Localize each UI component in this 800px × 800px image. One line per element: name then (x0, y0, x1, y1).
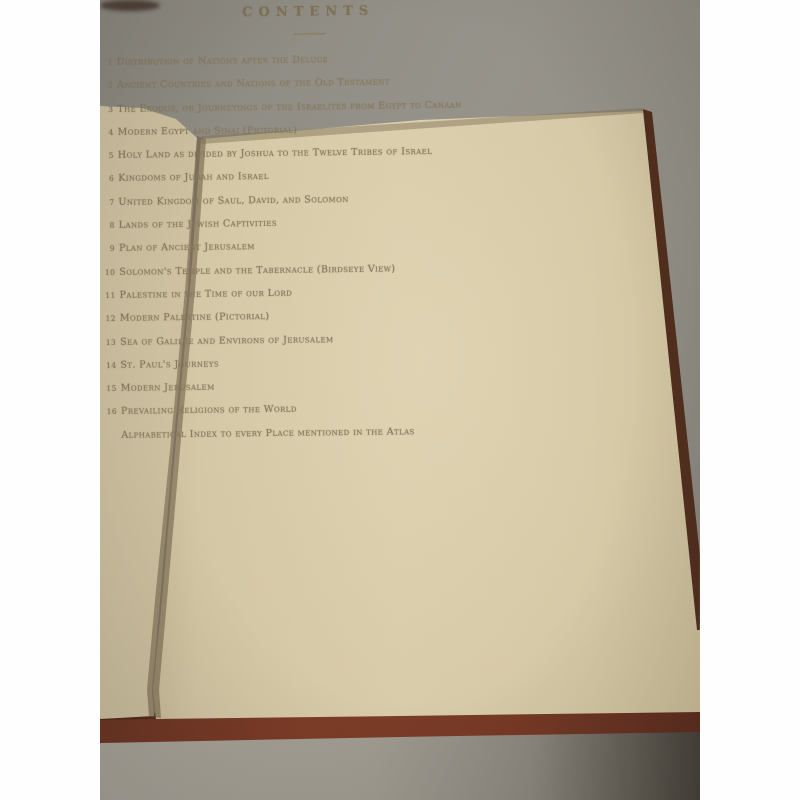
entry-number: 13 (104, 337, 116, 346)
entry-title: Alphabetical Index to every Place mentio… (121, 426, 415, 441)
entry-title: United Kingdom of Saul, David, and Solom… (118, 194, 348, 208)
contents-entry: Alphabetical Index to every Place mentio… (105, 424, 545, 453)
entry-number: 15 (105, 384, 117, 393)
entry-number: 12 (104, 314, 116, 323)
entry-title: Kingdoms of Judah and Israel (118, 171, 269, 184)
entry-number: 2 (101, 81, 113, 90)
book-photo: CONTENTS 1Distribution of Nations after … (100, 0, 700, 800)
entry-title: Plan of Ancient Jerusalem (119, 242, 255, 255)
entry-title: Solomon's Temple and the Tabernacle (Bir… (119, 263, 395, 277)
entry-number: 4 (102, 128, 114, 137)
photo-canvas: CONTENTS 1Distribution of Nations after … (0, 0, 800, 800)
entry-number: 8 (103, 221, 115, 230)
contents-list: 1Distribution of Nations after the Delug… (101, 52, 546, 453)
entry-number: 7 (102, 198, 114, 207)
entry-number: 16 (105, 407, 117, 416)
contents-text-block: CONTENTS 1Distribution of Nations after … (100, 0, 550, 800)
entry-title: St. Paul's Journeys (120, 358, 219, 370)
entry-title: Lands of the Jewish Captivities (119, 218, 277, 231)
entry-title: Modern Jerusalem (121, 382, 215, 394)
entry-number: 3 (101, 104, 113, 113)
entry-title: Holy Land as divided by Joshua to the Tw… (118, 146, 432, 161)
entry-title: Modern Egypt and Sinai (Pictorial) (118, 124, 298, 137)
title-rule (293, 33, 325, 34)
entry-title: Modern Palestine (Pictorial) (120, 311, 270, 324)
entry-title: Ancient Countries and Nations of the Old… (117, 77, 390, 91)
entry-number: 9 (103, 244, 115, 253)
entry-number: 1 (101, 58, 113, 67)
entry-number: 10 (103, 268, 115, 277)
entry-number: 5 (102, 151, 114, 160)
entry-number: 11 (104, 291, 116, 300)
entry-title: Distribution of Nations after the Deluge (117, 54, 329, 68)
entry-title: Sea of Galilee and Environs of Jerusalem (120, 334, 334, 348)
entry-number: 14 (104, 361, 116, 370)
entry-title: Palestine in the Time of our Lord (120, 288, 293, 301)
entry-number: 6 (102, 174, 114, 183)
page-title: CONTENTS (242, 0, 374, 20)
entry-title: Prevailing Religions of the World (121, 404, 297, 417)
